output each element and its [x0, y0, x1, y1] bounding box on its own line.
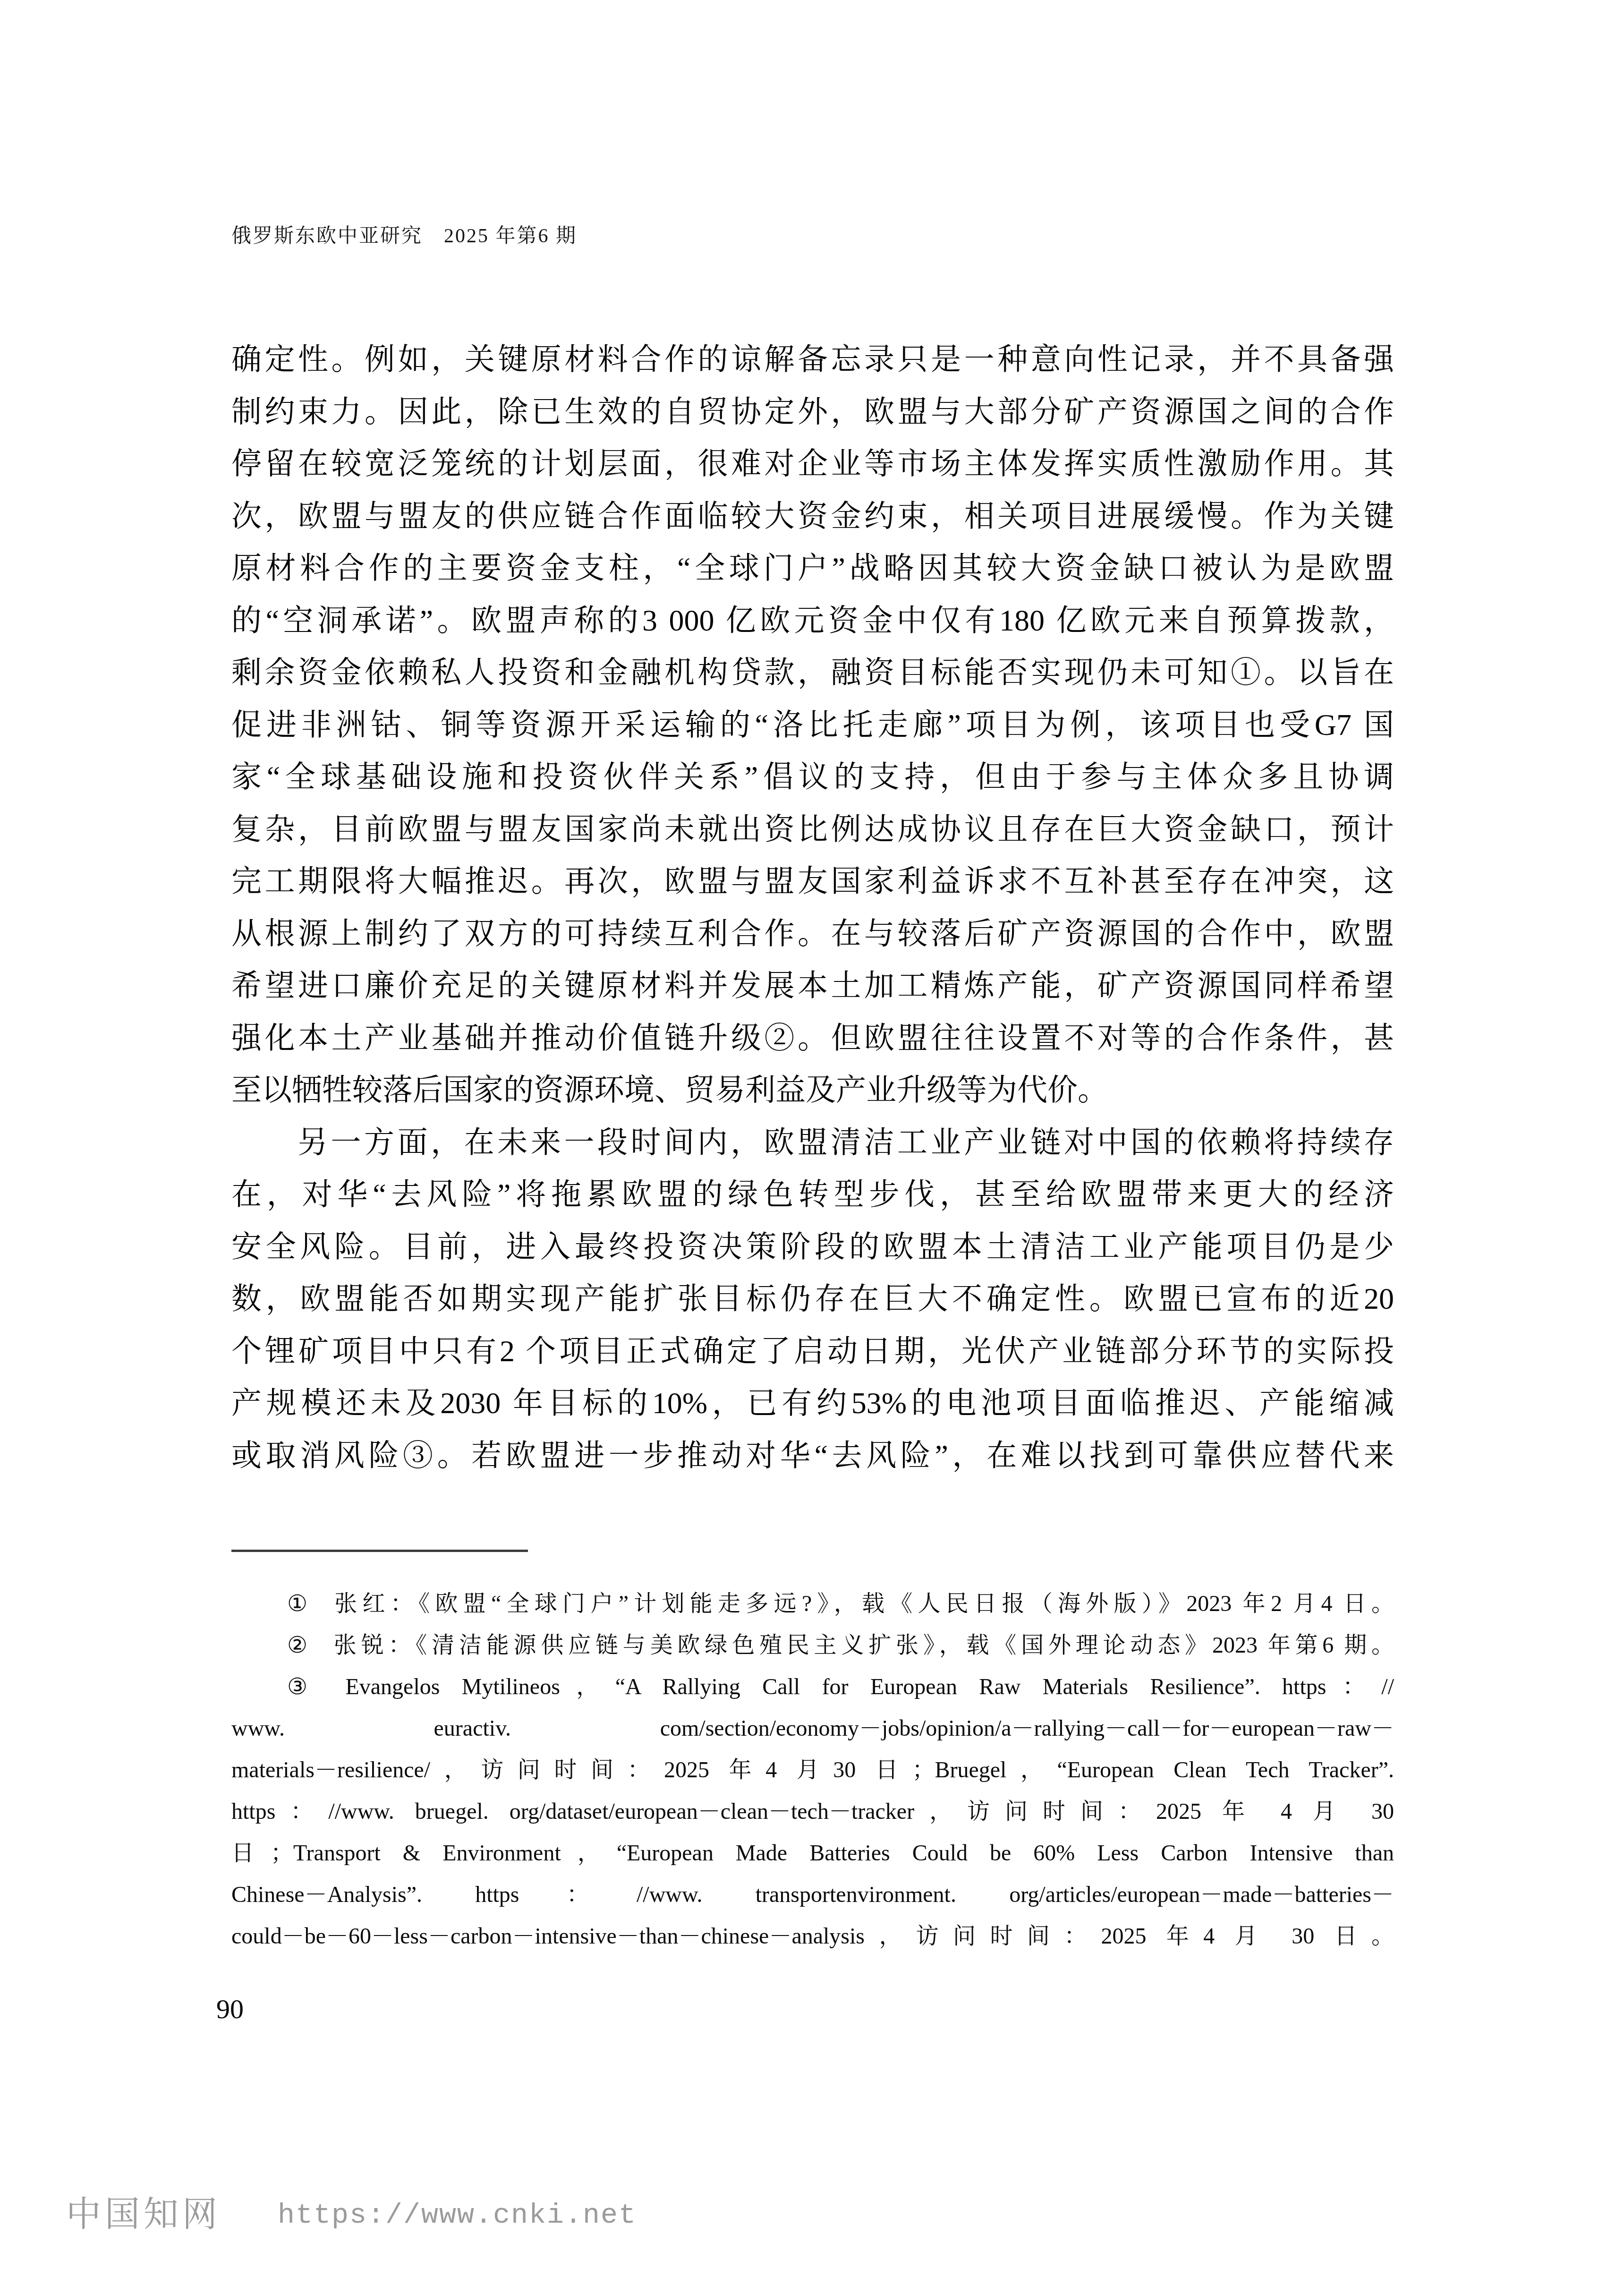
body-line: 制约束力。因此，除已生效的自贸协定外，欧盟与大部分矿产资源国之间的合作 — [231, 386, 1394, 438]
footnote-1-text: 张红：《欧盟“全球门户”计划能走多远?》，载《人民日报（海外版）》2023 年2… — [334, 1591, 1394, 1616]
body-line: 完工期限将大幅推迟。再次，欧盟与盟友国家利益诉求不互补甚至存在冲突，这 — [231, 855, 1394, 908]
footnote-3-wrap-line: Chinese－Analysis”. https：//www. transpor… — [231, 1874, 1394, 1916]
footnote-2: ②张锐：《清洁能源供应链与美欧绿色殖民主义扩张》，载《国外理论动态》2023 年… — [231, 1625, 1394, 1666]
body-line: 剩余资金依赖私人投资和金融机构贷款，融资目标能否实现仍未可知①。以旨在 — [231, 647, 1394, 699]
body-line: 从根源上制约了双方的可持续互利合作。在与较落后矿产资源国的合作中，欧盟 — [231, 908, 1394, 960]
body-line: 次，欧盟与盟友的供应链合作面临较大资金约束，相关项目进展缓慢。作为关键 — [231, 490, 1394, 543]
body-line: 个锂矿项目中只有2 个项目正式确定了启动日期，光伏产业链部分环节的实际投 — [231, 1325, 1394, 1378]
footnote-3: ③Evangelos Mytilineos，“A Rallying Call f… — [231, 1666, 1394, 1708]
body-line: 家“全球基础设施和投资伙伴关系”倡议的支持，但由于参与主体众多且协调 — [231, 751, 1394, 803]
body-line: 停留在较宽泛笼统的计划层面，很难对企业等市场主体发挥实质性激励作用。其 — [231, 438, 1394, 490]
footnote-3-wrap-line: 日；Transport & Environment，“European Made… — [231, 1833, 1394, 1874]
footnote-3-wrap-line: https：//www. bruegel. org/dataset/europe… — [231, 1791, 1394, 1833]
body-line: 的“空洞承诺”。欧盟声称的3 000 亿欧元资金中仅有180 亿欧元来自预算拨款… — [231, 595, 1394, 647]
footnote-marker-1: ① — [287, 1591, 313, 1616]
footnote-separator-rule — [231, 1550, 528, 1552]
body-line: 希望进口廉价充足的关键原材料并发展本土加工精炼产能，矿产资源国同样希望 — [231, 960, 1394, 1012]
body-line-paragraph-end: 至以牺牲较落后国家的资源环境、贸易利益及产业升级等为代价。 — [231, 1064, 1394, 1117]
body-line: 强化本土产业基础并推动价值链升级②。但欧盟往往设置不对等的合作条件，甚 — [231, 1012, 1394, 1065]
footnote-marker-2: ② — [287, 1633, 312, 1658]
footnote-3-wrap-line: could－be－60－less－carbon－intensive－than－c… — [231, 1916, 1394, 1957]
running-header: 俄罗斯东欧中亚研究 2025 年第6 期 — [231, 224, 577, 248]
body-line: 数，欧盟能否如期实现产能扩张目标仍存在巨大不确定性。欧盟已宣布的近20 — [231, 1273, 1394, 1325]
footnote-3-text: Evangelos Mytilineos，“A Rallying Call fo… — [345, 1674, 1394, 1699]
body-line: 安全风险。目前，进入最终投资决策阶段的欧盟本土清洁工业产能项目仍是少 — [231, 1221, 1394, 1273]
footnote-marker-3: ③ — [287, 1674, 323, 1699]
footnote-2-text: 张锐：《清洁能源供应链与美欧绿色殖民主义扩张》，载《国外理论动态》2023 年第… — [334, 1633, 1394, 1658]
footnote-1: ①张红：《欧盟“全球门户”计划能走多远?》，载《人民日报（海外版）》2023 年… — [231, 1583, 1394, 1625]
body-line-paragraph-start: 另一方面，在未来一段时间内，欧盟清洁工业产业链对中国的依赖将持续存 — [231, 1117, 1394, 1169]
footnote-3-wrap-line: materials－resilience/，访问时间：2025 年4 月30 日… — [231, 1749, 1394, 1791]
body-line: 原材料合作的主要资金支柱，“全球门户”战略因其较大资金缺口被认为是欧盟 — [231, 542, 1394, 595]
journal-page: 俄罗斯东欧中亚研究 2025 年第6 期 确定性。例如，关键原材料合作的谅解备忘… — [0, 0, 1624, 2294]
body-line: 促进非洲钴、铜等资源开采运输的“洛比托走廊”项目为例，该项目也受G7 国 — [231, 699, 1394, 751]
body-line: 在，对华“去风险”将拖累欧盟的绿色转型步伐，甚至给欧盟带来更大的经济 — [231, 1168, 1394, 1221]
body-line: 确定性。例如，关键原材料合作的谅解备忘录只是一种意向性记录，并不具备强 — [231, 333, 1394, 386]
page-number: 90 — [216, 1994, 244, 2024]
cnki-watermark: 中国知网 https://www.cnki.net — [66, 2195, 637, 2234]
footnotes: ①张红：《欧盟“全球门户”计划能走多远?》，载《人民日报（海外版）》2023 年… — [231, 1583, 1394, 1957]
footnote-3-wrap-line: www. euractiv. com/section/economy－jobs/… — [231, 1708, 1394, 1749]
body-line: 复杂，目前欧盟与盟友国家尚未就出资比例达成协议且存在巨大资金缺口，预计 — [231, 803, 1394, 856]
cnki-brand: 中国知网 — [66, 2195, 221, 2234]
body-line: 或取消风险③。若欧盟进一步推动对华“去风险”，在难以找到可靠供应替代来 — [231, 1430, 1394, 1482]
article-body: 确定性。例如，关键原材料合作的谅解备忘录只是一种意向性记录，并不具备强 制约束力… — [231, 333, 1394, 1482]
body-line: 产规模还未及2030 年目标的10%，已有约53%的电池项目面临推迟、产能缩减 — [231, 1377, 1394, 1430]
cnki-url: https://www.cnki.net — [278, 2197, 637, 2234]
